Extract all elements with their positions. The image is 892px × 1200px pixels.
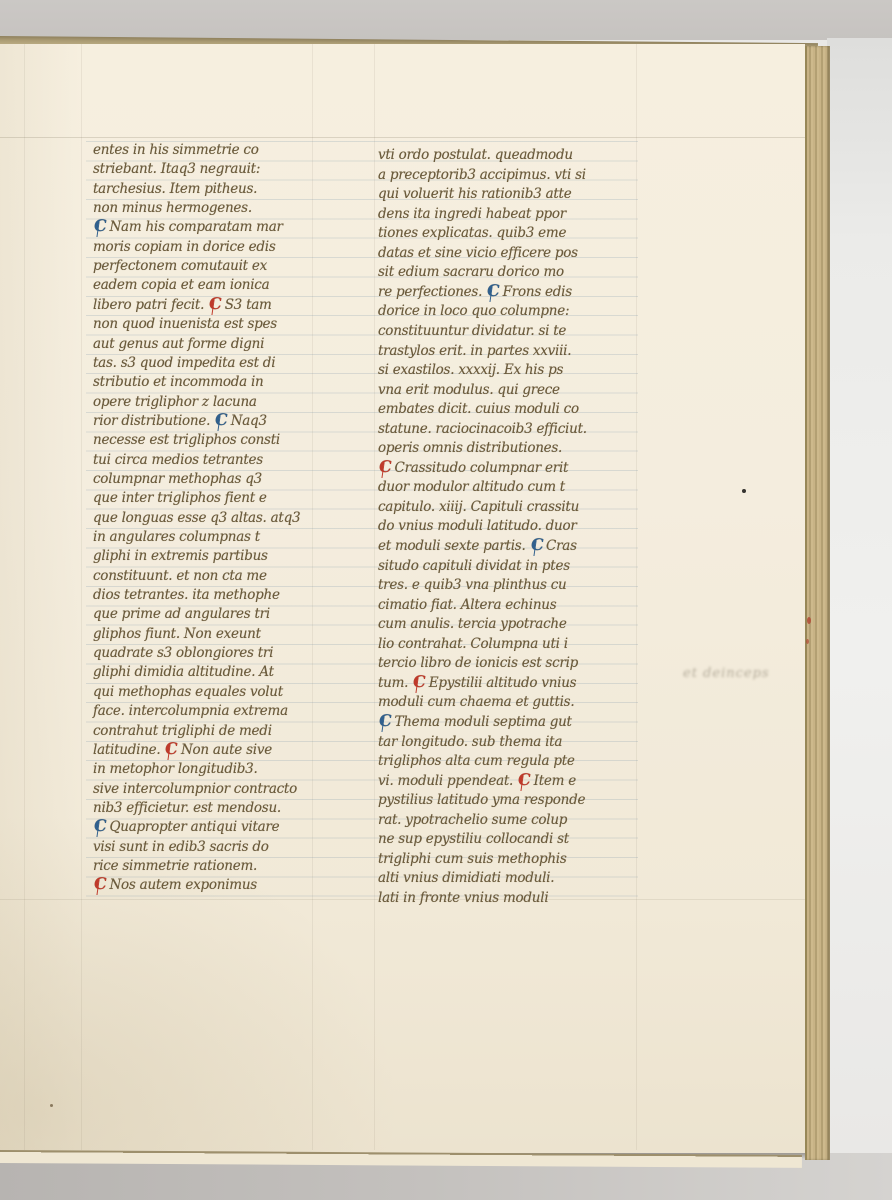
capitulum-mark-red: C [164, 743, 182, 755]
manuscript-text-line: aut genus aut forme digni [93, 336, 264, 353]
manuscript-text-line: vti ordo postulat. queadmodu [378, 147, 573, 164]
manuscript-text-line: stributio et incommoda in [93, 374, 264, 391]
manuscript-text-line: qui voluerit his rationib3 atte [378, 186, 571, 203]
capitulum-mark-blue: C [213, 414, 231, 426]
manuscript-text-line: sit edium sacraru dorico mo [378, 264, 564, 281]
manuscript-text-line: dens ita ingredi habeat ppor [378, 206, 566, 223]
manuscript-text-line: eadem copia et eam ionica [93, 277, 269, 294]
manuscript-text-line: tiones explicatas. quib3 eme [378, 225, 566, 242]
manuscript-text-line: constituuntur dividatur. si te [378, 323, 566, 340]
manuscript-text-line: opere trigliphor z lacuna [93, 394, 257, 411]
manuscript-text-line: lati in fronte vnius moduli [378, 890, 548, 907]
manuscript-text-line: contrahut trigliphi de medi [93, 723, 272, 740]
manuscript-text-line: gliphi in extremis partibus [93, 548, 268, 565]
manuscript-text-line: que longuas esse q3 altas. atq3 [93, 510, 300, 527]
manuscript-text-line: tas. s3 quod impedita est di [93, 355, 275, 372]
manuscript-text-line: moris copiam in dorice edis [93, 239, 276, 256]
manuscript-text-line: necesse est trigliphos consti [93, 432, 280, 449]
capitulum-mark-red: C [411, 676, 429, 688]
manuscript-text-line: in metophor longitudib3. [93, 761, 258, 778]
manuscript-text-line: qui methophas equales volut [93, 684, 283, 701]
manuscript-text-line: si exastilos. xxxxij. Ex his ps [378, 362, 563, 379]
manuscript-text-line: CNos autem exponimus [93, 877, 257, 894]
manuscript-text-line: trastylos erit. in partes xxviii. [378, 343, 571, 360]
manuscript-text-line: tum. CEpystilii altitudo vnius [378, 675, 576, 692]
capitulum-mark-blue: C [529, 539, 547, 551]
show-through-text: et deinceps [683, 666, 803, 681]
manuscript-text-line: re perfectiones. CFrons edis [378, 284, 572, 301]
manuscript-text-line: trigliphi cum suis methophis [378, 851, 567, 868]
manuscript-text-line: tres. e quib3 vna plinthus cu [378, 577, 567, 594]
manuscript-text-line: alti vnius dimidiati moduli. [378, 870, 554, 887]
manuscript-text-line: tui circa medios tetrantes [93, 452, 263, 469]
manuscript-text-line: latitudine. CNon aute sive [93, 742, 272, 759]
manuscript-text-line: rior distributione. CNaq3 [93, 413, 267, 430]
manuscript-text-line: dios tetrantes. ita methophe [93, 587, 280, 604]
manuscript-text-line: situdo capituli dividat in ptes [378, 558, 570, 575]
capitulum-mark-blue: C [92, 220, 110, 232]
manuscript-text-line: nib3 efficietur. est mendosu. [93, 800, 281, 817]
manuscript-text-line: CThema moduli septima gut [378, 714, 572, 731]
book-fore-edge-page-stack [805, 46, 830, 1160]
manuscript-text-line: quadrate s3 oblongiores tri [93, 645, 273, 662]
manuscript-text-line: columpnar methophas q3 [93, 471, 262, 488]
capitulum-mark-blue: C [485, 285, 503, 297]
manuscript-text-line: statune. raciocinacoib3 efficiut. [378, 421, 587, 438]
text-column-left: entes in his simmetrie costriebant. Itaq… [93, 142, 317, 912]
manuscript-text-line: perfectonem comutauit ex [93, 258, 267, 275]
manuscript-text-line: sive intercolumpnior contracto [93, 781, 297, 798]
manuscript-text-line: gliphi dimidia altitudine. At [93, 664, 274, 681]
manuscript-text-line: a preceptorib3 accipimus. vti si [378, 167, 586, 184]
ruling-line-column1-left [81, 44, 82, 1150]
manuscript-text-line: que inter trigliphos fient e [93, 490, 267, 507]
manuscript-text-line: visi sunt in edib3 sacris do [93, 839, 269, 856]
manuscript-text-line: gliphos fiunt. Non exeunt [93, 626, 261, 643]
manuscript-text-line: capitulo. xiiij. Capituli crassitu [378, 499, 579, 516]
manuscript-text-line: face. intercolumpnia extrema [93, 703, 288, 720]
manuscript-text-line: que prime ad angulares tri [93, 606, 270, 623]
capitulum-mark-red: C [207, 298, 225, 310]
manuscript-text-line: entes in his simmetrie co [93, 142, 259, 159]
manuscript-text-line: CNam his comparatam mar [93, 219, 283, 236]
manuscript-text-line: rat. ypotrachelio sume colup [378, 812, 567, 829]
manuscript-text-line: striebant. Itaq3 negrauit: [93, 161, 260, 178]
manuscript-text-line: operis omnis distributiones. [378, 440, 562, 457]
ruling-line-margin-left [24, 44, 25, 1150]
capitulum-mark-blue: C [377, 715, 395, 727]
manuscript-text-line: vi. moduli ppendeat. CItem e [378, 773, 576, 790]
backdrop-right [827, 38, 892, 1160]
backdrop-top [0, 0, 892, 40]
manuscript-text-line: dorice in loco quo columpne: [378, 303, 569, 320]
manuscript-text-line: pystilius latitudo yma responde [378, 792, 585, 809]
manuscript-text-line: cimatio fiat. Altera echinus [378, 597, 556, 614]
manuscript-text-line: duor modulor altitudo cum t [378, 479, 565, 496]
capitulum-mark-red: C [516, 774, 534, 786]
capitulum-mark-red: C [377, 461, 395, 473]
manuscript-text-line: constituunt. et non cta me [93, 568, 267, 585]
manuscript-text-line: CQuapropter antiqui vitare [93, 819, 279, 836]
manuscript-text-line: tercio libro de ionicis est scrip [378, 655, 578, 672]
capitulum-mark-red: C [92, 878, 110, 890]
manuscript-text-line: rice simmetrie rationem. [93, 858, 257, 875]
manuscript-text-line: et moduli sexte partis. CCras [378, 538, 577, 555]
manuscript-text-line: embates dicit. cuius moduli co [378, 401, 579, 418]
manuscript-text-line: tar longitudo. sub thema ita [378, 734, 562, 751]
manuscript-text-line: in angulares columpnas t [93, 529, 260, 546]
manuscript-text-line: non quod inuenista est spes [93, 316, 277, 333]
manuscript-text-line: do vnius moduli latitudo. duor [378, 518, 577, 535]
brown-speck [50, 1104, 53, 1107]
manuscript-text-line: CCrassitudo columpnar erit [378, 460, 568, 477]
manuscript-text-line: moduli cum chaema et guttis. [378, 694, 574, 711]
manuscript-text-line: lio contrahat. Columpna uti i [378, 636, 568, 653]
capitulum-mark-blue: C [92, 820, 110, 832]
manuscript-text-line: cum anulis. tercia ypotrache [378, 616, 567, 633]
manuscript-text-line: libero patri fecit. CS3 tam [93, 297, 272, 314]
manuscript-text-line: vna erit modulus. qui grece [378, 382, 560, 399]
red-edge-speck [807, 617, 811, 624]
ruling-line-top-horizontal [0, 137, 805, 138]
manuscript-text-line: ne sup epystiliu collocandi st [378, 831, 569, 848]
text-column-right: vti ordo postulat. queadmodua preceptori… [378, 147, 636, 917]
manuscript-text-line: datas et sine vicio efficere pos [378, 245, 578, 262]
manuscript-text-line: non minus hermogenes. [93, 200, 252, 217]
manuscript-text-line: tarchesius. Item pitheus. [93, 181, 257, 198]
ink-speck [742, 489, 746, 493]
manuscript-text-line: trigliphos alta cum regula pte [378, 753, 575, 770]
red-edge-speck [806, 639, 809, 644]
